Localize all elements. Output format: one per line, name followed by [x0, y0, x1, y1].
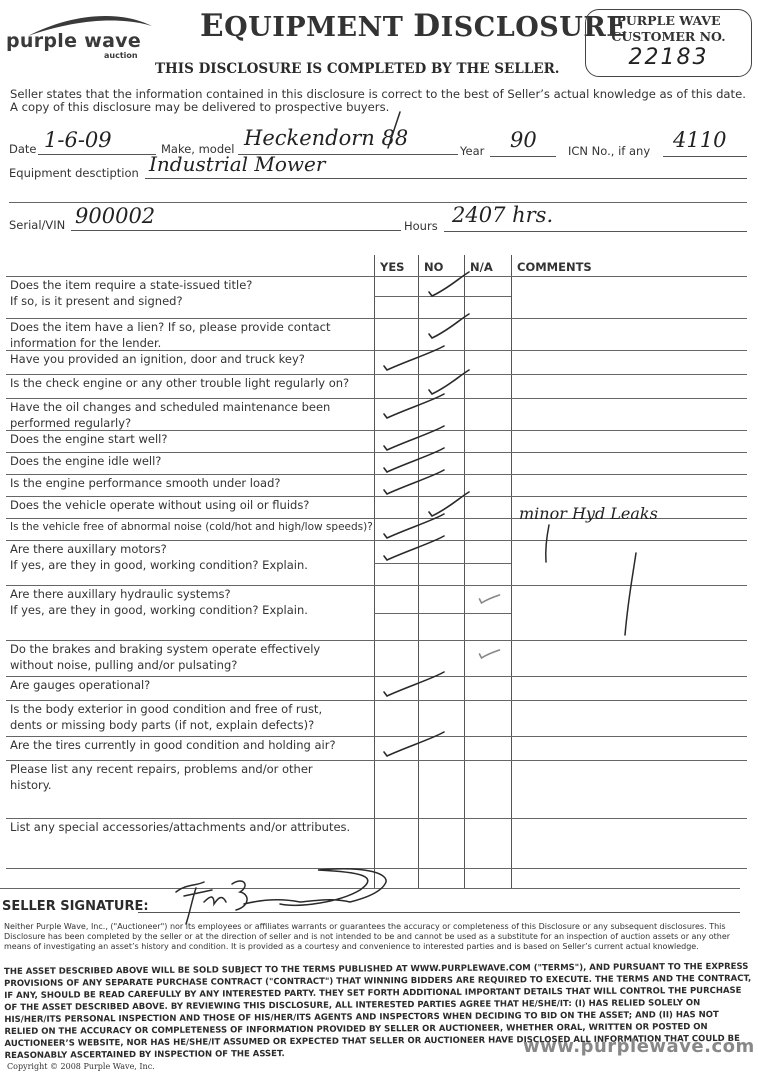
comment-cell[interactable]	[511, 676, 747, 700]
table-row: Have the oil changes and scheduled maint…	[6, 398, 747, 430]
answer-cell-yes[interactable]	[374, 452, 418, 474]
answer-cell-na[interactable]	[464, 736, 511, 760]
date-label: Date	[9, 142, 37, 156]
comment-cell[interactable]	[511, 318, 747, 350]
question-text: Is the body exterior in good condition a…	[10, 702, 322, 733]
answer-cell-yes[interactable]	[374, 736, 418, 760]
comment-cell[interactable]	[511, 374, 747, 398]
answer-cell-yes[interactable]	[374, 640, 418, 676]
answer-cell-no[interactable]	[418, 374, 464, 398]
comment-cell[interactable]	[511, 398, 747, 430]
answer-cell-na[interactable]	[464, 318, 511, 350]
answer-cell-no[interactable]	[418, 736, 464, 760]
answer-cell-na[interactable]	[464, 540, 511, 585]
table-row: Is the vehicle free of abnormal noise (c…	[6, 518, 747, 540]
comment-cell[interactable]	[511, 736, 747, 760]
table-row: Does the vehicle operate without using o…	[6, 496, 747, 518]
column-header-no: NO	[424, 260, 443, 274]
table-row: Is the check engine or any other trouble…	[6, 374, 747, 398]
table-row: Do the brakes and braking system operate…	[6, 640, 747, 676]
comment-cell[interactable]	[511, 276, 747, 318]
table-row: List any special accessories/attachments…	[6, 818, 747, 868]
answer-cell-yes[interactable]	[374, 540, 418, 585]
answer-cell-no[interactable]	[418, 700, 464, 736]
question-text: List any special accessories/attachments…	[10, 820, 350, 836]
answer-cell-no[interactable]	[418, 452, 464, 474]
comment-cell[interactable]	[511, 818, 747, 868]
year-label: Year	[460, 144, 484, 158]
liability-disclaimer: Neither Purple Wave, Inc., ("Auctioneer"…	[4, 922, 752, 952]
answer-cell-yes[interactable]	[374, 518, 418, 540]
comment-cell[interactable]	[511, 496, 747, 518]
year-value: 90	[510, 128, 537, 152]
column-header-yes: YES	[380, 260, 404, 274]
answer-cell-na[interactable]	[464, 676, 511, 700]
answer-cell-yes[interactable]	[374, 585, 418, 640]
icn-label: ICN No., if any	[568, 144, 650, 158]
date-value: 1-6-09	[44, 128, 112, 152]
answer-cell-na[interactable]	[464, 430, 511, 452]
answer-cell-no[interactable]	[418, 496, 464, 518]
answer-cell-na[interactable]	[464, 398, 511, 430]
question-text: Are gauges operational?	[10, 678, 150, 694]
answer-cell-yes[interactable]	[374, 760, 418, 818]
hours-label: Hours	[404, 219, 438, 233]
answer-cell-na[interactable]	[464, 452, 511, 474]
answer-cell-na[interactable]	[464, 518, 511, 540]
answer-cell-no[interactable]	[418, 398, 464, 430]
copyright-notice: Copyright © 2008 Purple Wave, Inc.	[7, 1062, 155, 1071]
row-divider	[6, 868, 747, 869]
question-text: Do the brakes and braking system operate…	[10, 642, 320, 673]
comment-cell[interactable]	[511, 350, 747, 374]
question-text: Does the vehicle operate without using o…	[10, 498, 309, 514]
answer-cell-na[interactable]	[464, 640, 511, 676]
year-field[interactable]: 90	[490, 136, 556, 157]
serial-vin-label: Serial/VIN	[9, 218, 65, 232]
comment-cell[interactable]	[511, 540, 747, 585]
question-text: Is the check engine or any other trouble…	[10, 376, 349, 392]
answer-cell-na[interactable]	[464, 700, 511, 736]
answer-cell-no[interactable]	[418, 350, 464, 374]
answer-cell-na[interactable]	[464, 474, 511, 496]
answer-cell-yes[interactable]	[374, 374, 418, 398]
purple-wave-logo: purple wave auction	[6, 12, 156, 62]
question-text: Are the tires currently in good conditio…	[10, 738, 336, 754]
hours-value: 2407 hrs.	[452, 203, 553, 227]
icn-field[interactable]: 4110	[663, 136, 747, 157]
answer-cell-yes[interactable]	[374, 276, 418, 318]
comment-cell[interactable]	[511, 518, 747, 540]
question-text: Does the engine start well?	[10, 432, 167, 448]
answer-cell-no[interactable]	[418, 760, 464, 818]
answer-cell-yes[interactable]	[374, 430, 418, 452]
table-row: Does the engine idle well?	[6, 452, 747, 474]
table-row: Does the item have a lien? If so, please…	[6, 318, 747, 350]
answer-cell-yes[interactable]	[374, 700, 418, 736]
icn-value: 4110	[673, 128, 726, 152]
answer-cell-yes[interactable]	[374, 676, 418, 700]
serial-vin-value: 900002	[75, 204, 155, 228]
blank-line	[9, 202, 747, 203]
page-title: EQUIPMENT DISCLOSURE	[200, 8, 627, 44]
question-text: Please list any recent repairs, problems…	[10, 762, 313, 793]
answer-cell-no[interactable]	[418, 430, 464, 452]
customer-box-label-1: PURPLE WAVE	[586, 13, 751, 28]
answer-cell-no[interactable]	[418, 474, 464, 496]
signature-top-rule	[0, 888, 740, 889]
equipment-description-label: Equipment desctiption	[9, 166, 139, 180]
customer-number-box: PURPLE WAVE CUSTOMER NO. 22183	[585, 9, 752, 77]
logo-text: purple wave	[6, 30, 141, 52]
question-text: Are there auxillary hydraulic systems?If…	[10, 587, 308, 618]
hours-field[interactable]: 2407 hrs.	[444, 211, 747, 232]
seller-signature-label: SELLER SIGNATURE:	[2, 899, 149, 914]
answer-cell-no[interactable]	[418, 540, 464, 585]
equipment-description-field[interactable]: Industrial Mower	[145, 158, 747, 179]
intro-line-2: A copy of this disclosure may be deliver…	[10, 101, 746, 114]
customer-box-label-2: CUSTOMER NO.	[586, 29, 751, 44]
question-text: Have you provided an ignition, door and …	[10, 352, 305, 368]
answer-cell-yes[interactable]	[374, 350, 418, 374]
answer-cell-yes[interactable]	[374, 318, 418, 350]
page-subtitle: THIS DISCLOSURE IS COMPLETED BY THE SELL…	[155, 61, 560, 77]
answer-cell-no[interactable]	[418, 640, 464, 676]
question-text: Does the item have a lien? If so, please…	[10, 320, 331, 351]
table-row: Are the tires currently in good conditio…	[6, 736, 747, 760]
table-row: Are there auxillary hydraulic systems?If…	[6, 585, 747, 640]
column-header-na: N/A	[470, 260, 493, 274]
answer-cell-no[interactable]	[418, 676, 464, 700]
answer-cell-na[interactable]	[464, 350, 511, 374]
serial-vin-field[interactable]: 900002	[71, 210, 401, 231]
comment-cell[interactable]	[511, 760, 747, 818]
comment-cell[interactable]	[511, 700, 747, 736]
logo-subtext: auction	[104, 51, 138, 60]
answer-cell-na[interactable]	[464, 374, 511, 398]
answer-cell-na[interactable]	[464, 818, 511, 868]
answer-cell-yes[interactable]	[374, 398, 418, 430]
date-field[interactable]: 1-6-09	[38, 134, 156, 155]
intro-statement: Seller states that the information conta…	[10, 88, 746, 114]
answer-cell-na[interactable]	[464, 760, 511, 818]
question-text: Does the item require a state-issued tit…	[10, 278, 252, 309]
table-row: Is the engine performance smooth under l…	[6, 474, 747, 496]
answer-cell-no[interactable]	[418, 818, 464, 868]
table-row: Does the item require a state-issued tit…	[6, 276, 747, 318]
comment-cell[interactable]	[511, 585, 747, 640]
website-link[interactable]: www.purplewave.com	[523, 1036, 755, 1057]
table-row: Is the body exterior in good condition a…	[6, 700, 747, 736]
question-text: Are there auxillary motors?If yes, are t…	[10, 542, 308, 573]
answer-cell-na[interactable]	[464, 585, 511, 640]
question-text: Is the engine performance smooth under l…	[10, 476, 281, 492]
table-row: Are there auxillary motors?If yes, are t…	[6, 540, 747, 585]
answer-cell-yes[interactable]	[374, 818, 418, 868]
answer-cell-yes[interactable]	[374, 496, 418, 518]
answer-cell-no[interactable]	[418, 518, 464, 540]
equipment-description-value: Industrial Mower	[149, 152, 325, 176]
answer-cell-na[interactable]	[464, 496, 511, 518]
table-row: Does the engine start well?	[6, 430, 747, 452]
seller-signature-field[interactable]: Fred Bowman	[138, 896, 740, 913]
answer-cell-no[interactable]	[418, 276, 464, 318]
answer-cell-no[interactable]	[418, 318, 464, 350]
make-model-value: Heckendorn 88	[244, 126, 408, 150]
table-row: Are gauges operational?	[6, 676, 747, 700]
answer-cell-yes[interactable]	[374, 474, 418, 496]
table-row: Please list any recent repairs, problems…	[6, 760, 747, 818]
question-text: Is the vehicle free of abnormal noise (c…	[10, 520, 373, 536]
question-text: Does the engine idle well?	[10, 454, 161, 470]
comment-cell[interactable]	[511, 474, 747, 496]
comment-cell[interactable]	[511, 452, 747, 474]
customer-number-value[interactable]: 22183	[586, 45, 751, 70]
answer-cell-na[interactable]	[464, 276, 511, 318]
question-text: Have the oil changes and scheduled maint…	[10, 400, 330, 431]
comment-cell[interactable]	[511, 430, 747, 452]
answer-cell-no[interactable]	[418, 585, 464, 640]
comment-cell[interactable]	[511, 640, 747, 676]
table-row: Have you provided an ignition, door and …	[6, 350, 747, 374]
column-header-comments: COMMENTS	[517, 260, 592, 274]
